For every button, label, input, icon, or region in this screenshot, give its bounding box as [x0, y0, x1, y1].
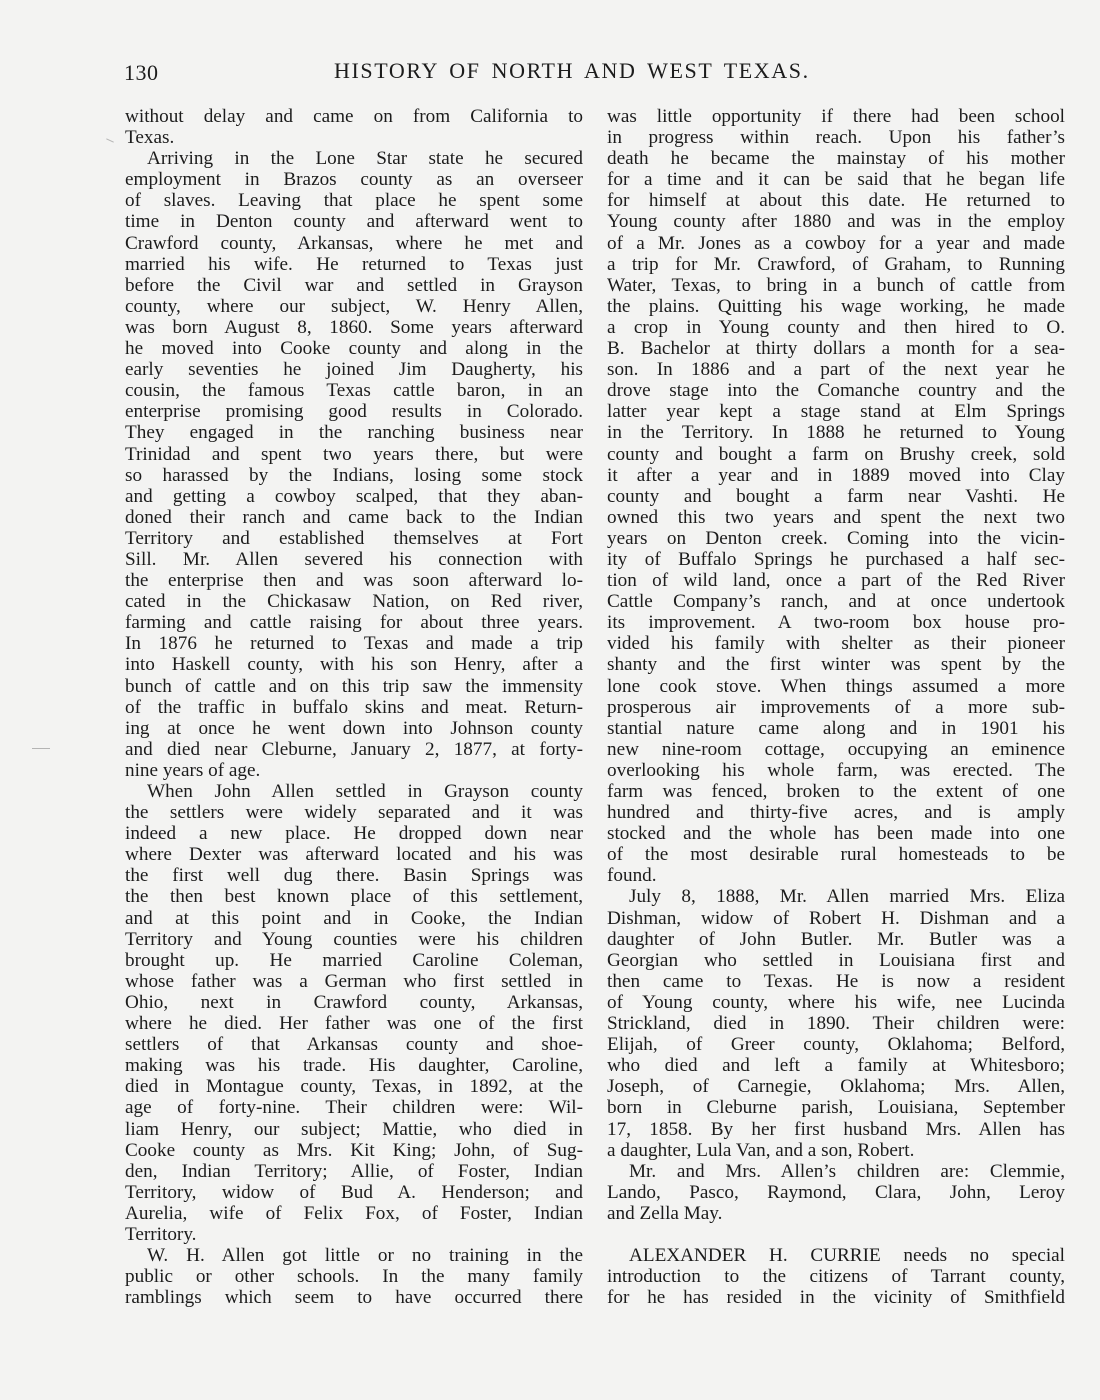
text-line: vided his family with shelter as their p…: [607, 633, 1065, 654]
text-line: Dishman, widow of Robert H. Dishman and …: [607, 908, 1065, 929]
text-line: and at this point and in Cooke, the Indi…: [125, 908, 583, 929]
text-line: county and bought a farm near Vashti. He: [607, 486, 1065, 507]
text-line: of slaves. Leaving that place he spent s…: [125, 190, 583, 211]
text-line: in progress within reach. Upon his fathe…: [607, 127, 1065, 148]
text-line: cated in the Chickasaw Nation, on Red ri…: [125, 591, 583, 612]
text-line: brought up. He married Caroline Coleman,: [125, 950, 583, 971]
text-line: the then best known place of this settle…: [125, 886, 583, 907]
page-title: HISTORY OF NORTH AND WEST TEXAS.: [334, 58, 810, 84]
text-line: B. Bachelor at thirty dollars a month fo…: [607, 338, 1065, 359]
text-line: Cattle Company’s ranch, and at once unde…: [607, 591, 1065, 612]
text-line: and died near Cleburne, January 2, 1877,…: [125, 739, 583, 760]
text-line: Territory, widow of Bud A. Henderson; an…: [125, 1182, 583, 1203]
text-line: Crawford county, Arkansas, where he met …: [125, 233, 583, 254]
text-line: public or other schools. In the many fam…: [125, 1266, 583, 1287]
text-line: whose father was a German who first sett…: [125, 971, 583, 992]
text-line: Water, Texas, to bring in a bunch of cat…: [607, 275, 1065, 296]
text-line: a crop in Young county and then hired to…: [607, 317, 1065, 338]
text-line: time in Denton county and afterward went…: [125, 211, 583, 232]
left-text-column: without delay and came on from Californi…: [125, 106, 583, 1308]
text-line: overlooking his whole farm, was erected.…: [607, 760, 1065, 781]
text-line: death he became the mainstay of his moth…: [607, 148, 1065, 169]
text-line: new nine-room cottage, occupying an emin…: [607, 739, 1065, 760]
text-line: age of forty-nine. Their children were: …: [125, 1097, 583, 1118]
text-line: ALEXANDER H. CURRIE needs no special: [607, 1245, 1065, 1266]
text-line: who died and left a family at Whitesboro…: [607, 1055, 1065, 1076]
text-line: the plains. Quitting his wage working, h…: [607, 296, 1065, 317]
text-line: ing at once he went down into Johnson co…: [125, 718, 583, 739]
text-line: Joseph, of Carnegie, Oklahoma; Mrs. Alle…: [607, 1076, 1065, 1097]
book-page: 130 HISTORY OF NORTH AND WEST TEXAS. wit…: [0, 0, 1100, 1400]
text-line: the settlers were widely separated and i…: [125, 802, 583, 823]
text-line: owned this two years and spent the next …: [607, 507, 1065, 528]
text-line: where he died. Her father was one of the…: [125, 1013, 583, 1034]
text-line: prosperous air improvements of a more su…: [607, 697, 1065, 718]
text-line: settlers of that Arkansas county and sho…: [125, 1034, 583, 1055]
text-line: died in Montague county, Texas, in 1892,…: [125, 1076, 583, 1097]
text-line: Elijah, of Greer county, Oklahoma; Belfo…: [607, 1034, 1065, 1055]
text-line: Young county after 1880 and was in the e…: [607, 211, 1065, 232]
text-line: Territory and Young counties were his ch…: [125, 929, 583, 950]
text-line: nine years of age.: [125, 760, 583, 781]
text-line: tion of wild land, once a part of the Re…: [607, 570, 1065, 591]
text-line: the first well dug there. Basin Springs …: [125, 865, 583, 886]
text-line: into Haskell county, with his son Henry,…: [125, 654, 583, 675]
text-line: den, Indian Territory; Allie, of Foster,…: [125, 1161, 583, 1182]
text-line: making was his trade. His daughter, Caro…: [125, 1055, 583, 1076]
text-line: introduction to the citizens of Tarrant …: [607, 1266, 1065, 1287]
text-line: When John Allen settled in Grayson count…: [125, 781, 583, 802]
text-line: born in Cleburne parish, Louisiana, Sept…: [607, 1097, 1065, 1118]
text-line: of a Mr. Jones as a cowboy for a year an…: [607, 233, 1065, 254]
text-line: hundred and thirty-five acres, and is am…: [607, 802, 1065, 823]
text-line: the enterprise then and was soon afterwa…: [125, 570, 583, 591]
text-line: farming and cattle raising for about thr…: [125, 612, 583, 633]
text-line: he moved into Cooke county and along in …: [125, 338, 583, 359]
text-line: county, where our subject, W. Henry Alle…: [125, 296, 583, 317]
text-line: drove stage into the Comanche country an…: [607, 380, 1065, 401]
text-line: before the Civil war and settled in Gray…: [125, 275, 583, 296]
text-line: years on Denton creek. Coming into the v…: [607, 528, 1065, 549]
text-line: a daughter, Lula Van, and a son, Robert.: [607, 1140, 1065, 1161]
text-line: so harassed by the Indians, losing some …: [125, 465, 583, 486]
text-line: of the most desirable rural homesteads t…: [607, 844, 1065, 865]
text-line: Territory and established themselves at …: [125, 528, 583, 549]
text-line: indeed a new place. He dropped down near: [125, 823, 583, 844]
text-line: enterprise promising good results in Col…: [125, 401, 583, 422]
text-line: Arriving in the Lone Star state he secur…: [125, 148, 583, 169]
text-line: where Dexter was afterward located and h…: [125, 844, 583, 865]
text-line: Territory.: [125, 1224, 583, 1245]
text-line: in the Territory. In 1888 he returned to…: [607, 422, 1065, 443]
text-line: county and bought a farm on Brushy creek…: [607, 444, 1065, 465]
right-text-column: was little opportunity if there had been…: [607, 106, 1065, 1308]
text-line: employment in Brazos county as an overse…: [125, 169, 583, 190]
scan-mark: [32, 748, 50, 749]
text-line: Lando, Pasco, Raymond, Clara, John, Lero…: [607, 1182, 1065, 1203]
text-line: July 8, 1888, Mr. Allen married Mrs. Eli…: [607, 886, 1065, 907]
text-line: a trip for Mr. Crawford, of Graham, to R…: [607, 254, 1065, 275]
text-line: Mr. and Mrs. Allen’s children are: Clemm…: [607, 1161, 1065, 1182]
text-line: liam Henry, our subject; Mattie, who die…: [125, 1119, 583, 1140]
text-line: farm was fenced, broken to the extent of…: [607, 781, 1065, 802]
text-line: of the traffic in buffalo skins and meat…: [125, 697, 583, 718]
text-line: Trinidad and spent two years there, but …: [125, 444, 583, 465]
text-line: doned their ranch and came back to the I…: [125, 507, 583, 528]
text-line: Cooke county as Mrs. Kit King; John, of …: [125, 1140, 583, 1161]
text-line: latter year kept a stage stand at Elm Sp…: [607, 401, 1065, 422]
page-number: 130: [124, 60, 159, 86]
text-line: In 1876 he returned to Texas and made a …: [125, 633, 583, 654]
text-line: ramblings which seem to have occurred th…: [125, 1287, 583, 1308]
text-line: for himself at about this date. He retur…: [607, 190, 1065, 211]
text-line: Texas.: [125, 127, 583, 148]
text-line: married his wife. He returned to Texas j…: [125, 254, 583, 275]
text-line: cousin, the famous Texas cattle baron, i…: [125, 380, 583, 401]
text-line: was little opportunity if there had been…: [607, 106, 1065, 127]
text-line: shanty and the first winter was spent by…: [607, 654, 1065, 675]
text-line: son. In 1886 and a part of the next year…: [607, 359, 1065, 380]
text-line: early seventies he joined Jim Daugherty,…: [125, 359, 583, 380]
text-line: daughter of John Butler. Mr. Butler was …: [607, 929, 1065, 950]
text-line: without delay and came on from Californi…: [125, 106, 583, 127]
text-line: stantial nature came along and in 1901 h…: [607, 718, 1065, 739]
text-line: Sill. Mr. Allen severed his connection w…: [125, 549, 583, 570]
text-line: stocked and the whole has been made into…: [607, 823, 1065, 844]
text-line: Strickland, died in 1890. Their children…: [607, 1013, 1065, 1034]
text-line: then came to Texas. He is now a resident: [607, 971, 1065, 992]
text-line: was born August 8, 1860. Some years afte…: [125, 317, 583, 338]
text-line: it after a year and in 1889 moved into C…: [607, 465, 1065, 486]
text-line: Ohio, next in Crawford county, Arkansas,: [125, 992, 583, 1013]
text-line: for a time and it can be said that he be…: [607, 169, 1065, 190]
text-line: Aurelia, wife of Felix Fox, of Foster, I…: [125, 1203, 583, 1224]
text-line: and getting a cowboy scalped, that they …: [125, 486, 583, 507]
text-line: and Zella May.: [607, 1203, 1065, 1224]
text-line: They engaged in the ranching business ne…: [125, 422, 583, 443]
text-line: its improvement. A two-room box house pr…: [607, 612, 1065, 633]
text-line: ity of Buffalo Springs he purchased a ha…: [607, 549, 1065, 570]
scan-mark: [106, 138, 114, 142]
text-line: bunch of cattle and on this trip saw the…: [125, 676, 583, 697]
text-line: of Young county, where his wife, nee Luc…: [607, 992, 1065, 1013]
text-line: W. H. Allen got little or no training in…: [125, 1245, 583, 1266]
text-line: Georgian who settled in Louisiana first …: [607, 950, 1065, 971]
running-head: 130 HISTORY OF NORTH AND WEST TEXAS.: [124, 58, 1068, 88]
text-line: 17, 1858. By her first husband Mrs. Alle…: [607, 1119, 1065, 1140]
text-line: lone cook stove. When things assumed a m…: [607, 676, 1065, 697]
text-line: found.: [607, 865, 1065, 886]
text-line: for he has resided in the vicinity of Sm…: [607, 1287, 1065, 1308]
